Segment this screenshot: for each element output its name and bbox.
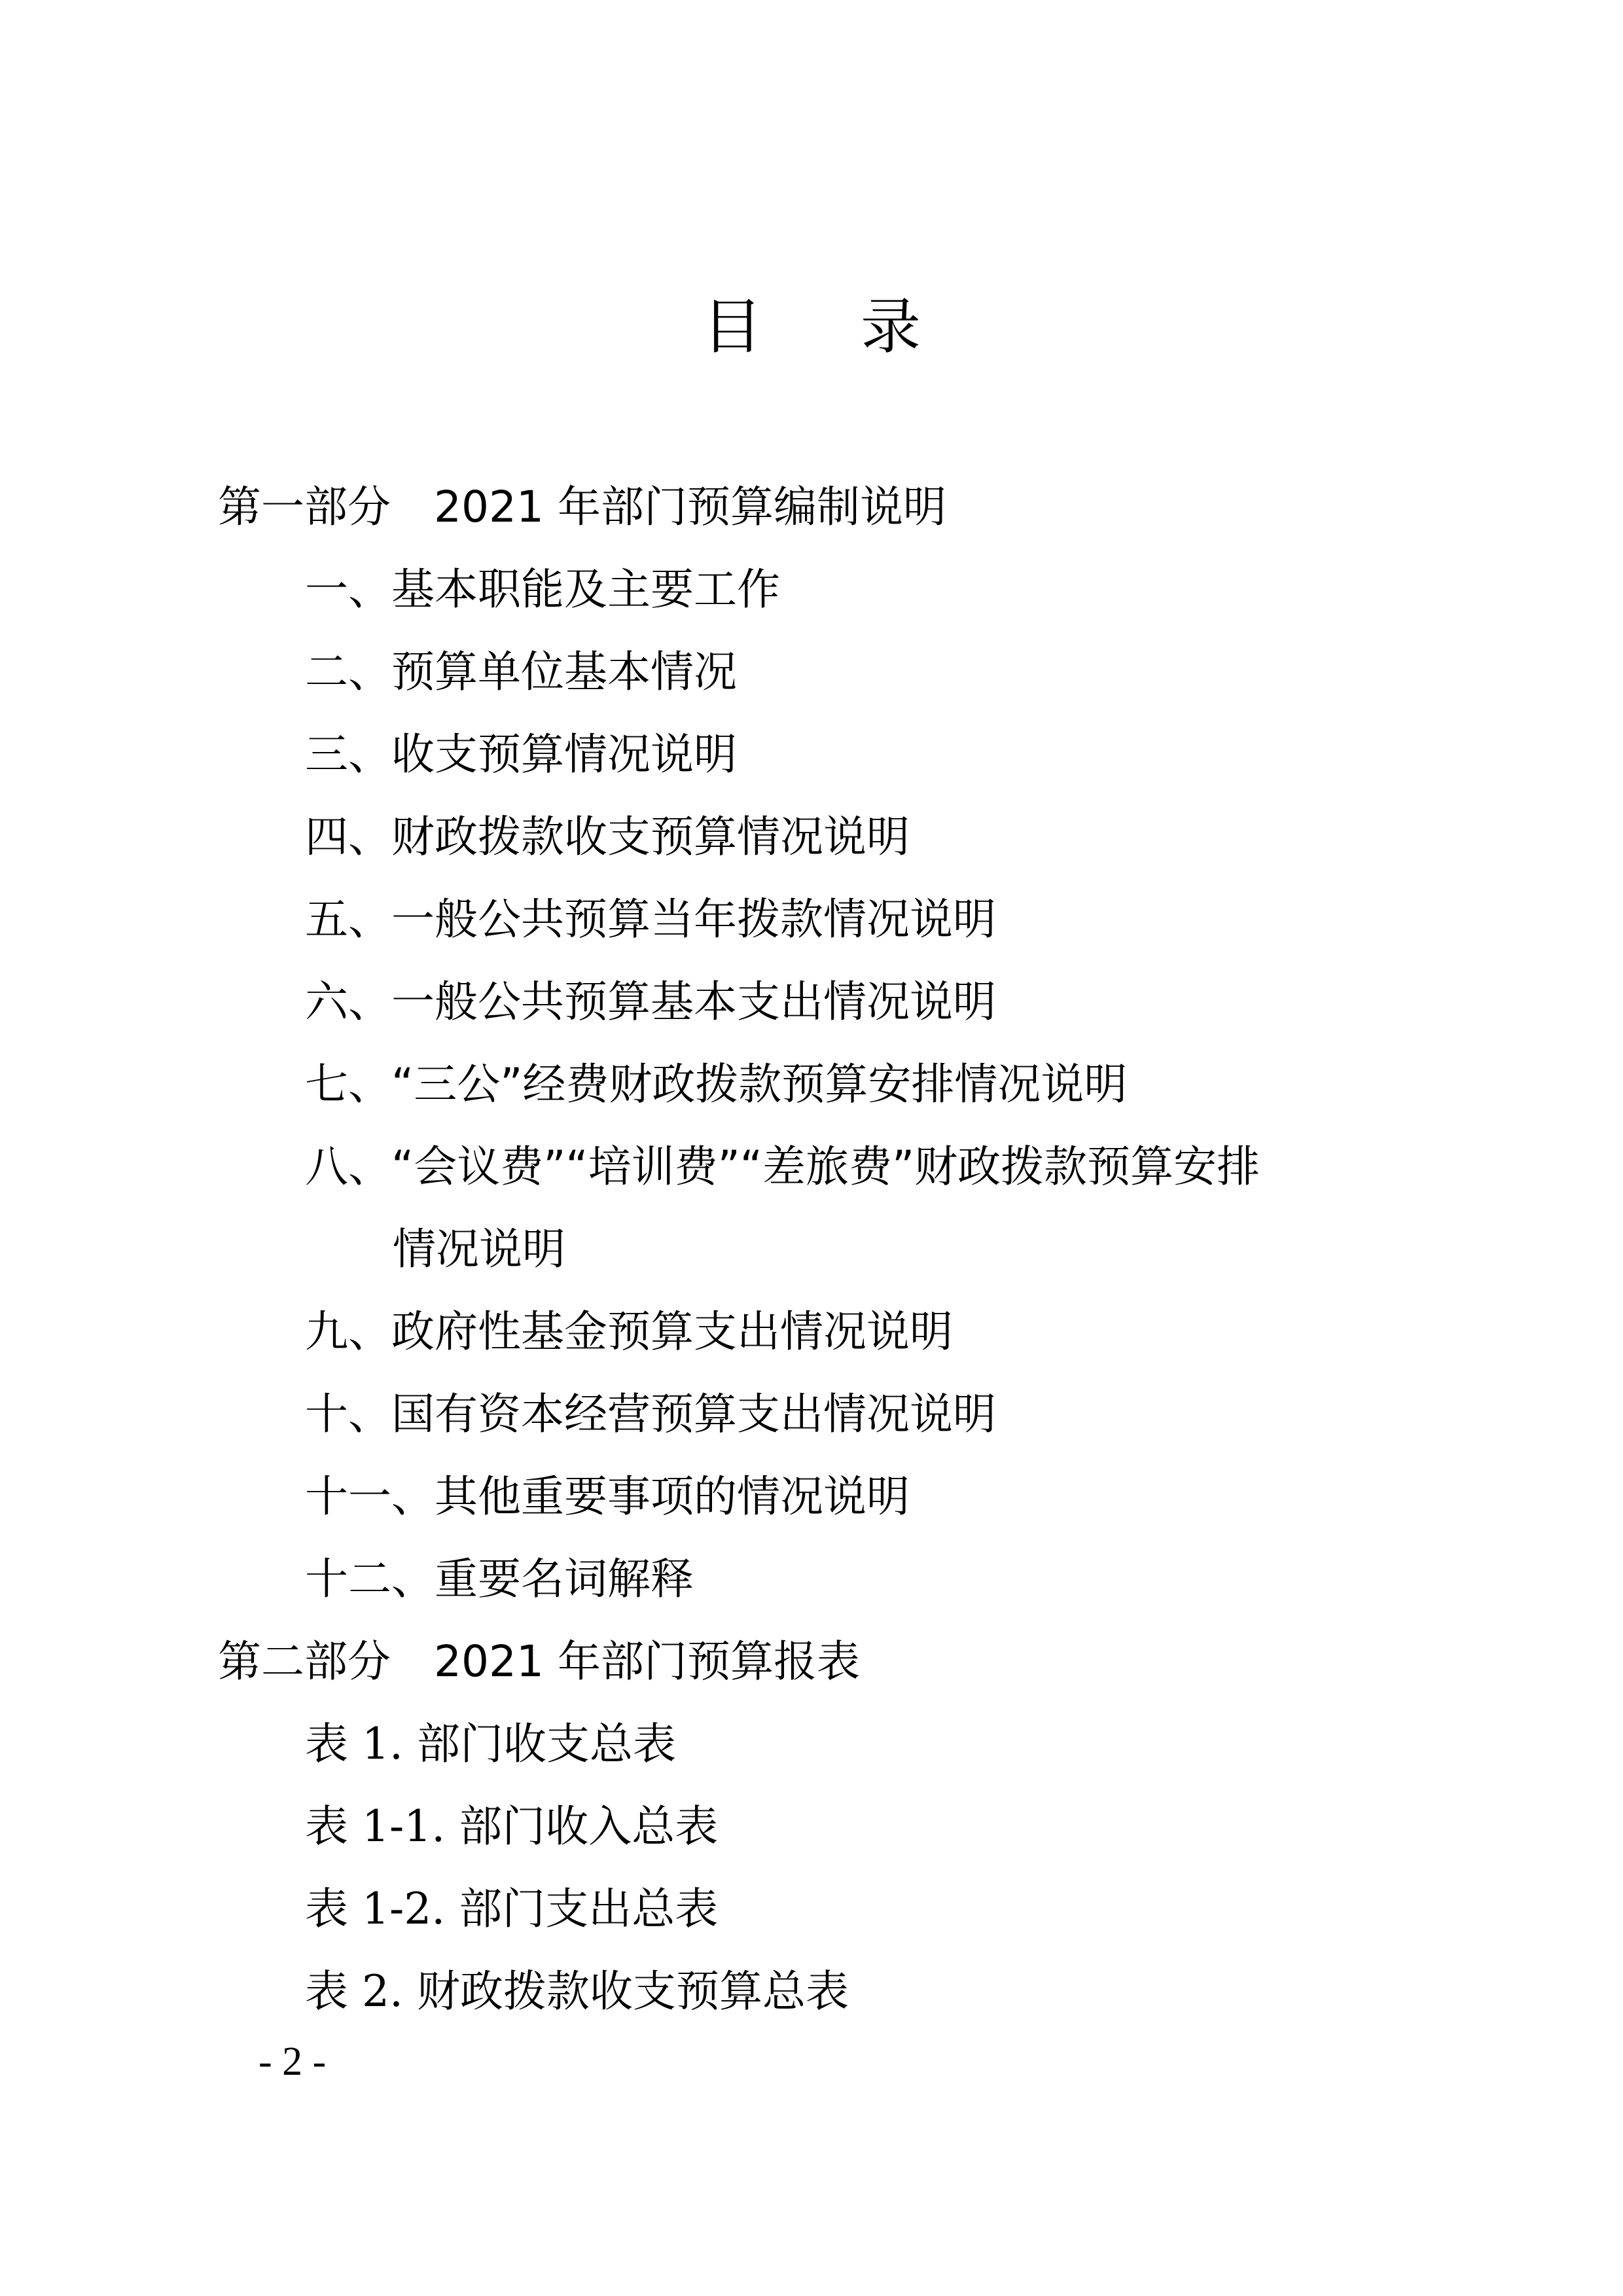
toc-item[interactable]: 九、政府性基金预算支出情况说明	[305, 1302, 953, 1361]
toc-item[interactable]: 二、预算单位基本情况	[305, 643, 737, 702]
toc-table-item[interactable]: 表 1. 部门收支总表	[305, 1715, 676, 1774]
toc-item[interactable]: 十一、其他重要事项的情况说明	[305, 1467, 910, 1526]
page-number: - 2 -	[259, 2036, 326, 2088]
toc-item[interactable]: 十二、重要名词解释	[305, 1550, 694, 1609]
toc-part-1[interactable]: 第一部分2021 年部门预算编制说明	[218, 478, 946, 537]
toc-table-item[interactable]: 表 2. 财政拨款收支预算总表	[305, 1962, 849, 2021]
toc-item[interactable]: 一、基本职能及主要工作	[305, 560, 780, 619]
toc-part-2[interactable]: 第二部分2021 年部门预算报表	[218, 1632, 860, 1691]
toc-item[interactable]: 五、一般公共预算当年拨款情况说明	[305, 890, 996, 949]
toc-item[interactable]: 六、一般公共预算基本支出情况说明	[305, 973, 996, 1031]
toc-item[interactable]: 七、“三公”经费财政拨款预算安排情况说明	[305, 1055, 1127, 1114]
toc-item[interactable]: 十、国有资本经营预算支出情况说明	[305, 1385, 996, 1444]
toc-table-item[interactable]: 表 1-1. 部门收入总表	[305, 1797, 718, 1856]
page-title: 目录	[0, 288, 1623, 367]
toc-item[interactable]: 四、财政拨款收支预算情况说明	[305, 808, 910, 867]
toc-item[interactable]: 八、“会议费”“培训费”“差旅费”财政拨款预算安排	[305, 1138, 1260, 1196]
toc-item[interactable]: 三、收支预算情况说明	[305, 725, 737, 784]
title-char-mu: 目	[702, 288, 762, 367]
title-char-lu: 录	[861, 288, 921, 367]
toc-item-continuation[interactable]: 情况说明	[393, 1220, 565, 1279]
toc-table-item[interactable]: 表 1-2. 部门支出总表	[305, 1880, 718, 1939]
